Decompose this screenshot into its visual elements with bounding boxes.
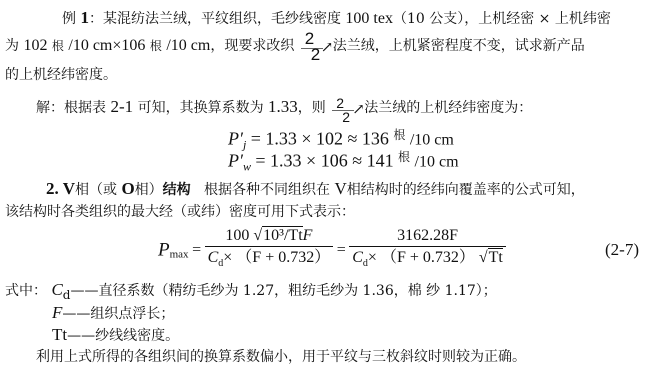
warp-density: 102	[23, 37, 47, 54]
sqrt-content: 10³/Tt	[262, 226, 302, 244]
equation-number: (2-7)	[605, 241, 639, 259]
section-body2: 相结构时的经纬向覆盖率的公式可知，	[347, 182, 585, 198]
density-alt: （10 公支）	[393, 11, 464, 27]
equals-sign: =	[192, 242, 201, 259]
eq-unit: 根	[393, 128, 405, 142]
weave-bottom: 2	[311, 46, 320, 64]
legend-line-3: Tt——纱线线密度。	[52, 326, 179, 345]
legend-desc: 直径系数（精纺毛纱为 1.27，粗纺毛纱为 1.36，棉 纱 1.17）；	[98, 283, 496, 299]
density-value: 100 tex	[345, 10, 393, 27]
table-ref: 2-1	[110, 97, 133, 116]
weave-bottom: 2	[342, 108, 350, 126]
denominator-1: Cd× （F + 0.732）	[205, 247, 334, 275]
solution-prefix: 解：根据表	[36, 100, 106, 116]
coefficient: 1.33	[268, 97, 298, 116]
sqrt-tt: Tt	[488, 248, 503, 266]
equals-sign: =	[337, 242, 346, 259]
section-heading-line: 2. V相（或 O相）结构 根据各种不同组织在 V相结构时的经纬向覆盖率的公式可…	[46, 180, 585, 199]
fraction-1: 100 √10³/TtF Cd× （F + 0.732）	[205, 226, 334, 275]
den-C: C	[208, 249, 219, 266]
formula-lhs-sub: max	[170, 249, 189, 261]
eq-unit: 根	[398, 150, 410, 164]
example-label: 例	[62, 11, 76, 27]
example-line-1: 例 1：某混纺法兰绒，平纹组织，毛纱线密度 100 tex（10 公支），上机经…	[62, 9, 611, 28]
den-rest: × （F + 0.732）	[223, 249, 330, 266]
line3-text: 的上机经纬密度。	[5, 67, 117, 83]
legend-prefix: 式中：	[5, 283, 47, 299]
line2-tail: 法兰绒，上机紧密程度不变，试求新产品	[333, 38, 585, 54]
arrow-icon: ↗	[321, 38, 334, 56]
symbol-tt: Tt	[52, 325, 67, 344]
eq-lhs: P′	[228, 151, 243, 171]
section-number: 2. V	[46, 179, 75, 198]
solution-line: 解：根据表 2-1 可知，其换算系数为 1.33，则 2 2 ↗ 法兰绒的上机经…	[36, 98, 532, 118]
dash: ——	[70, 283, 98, 299]
unit: 根	[150, 39, 162, 53]
line2-prefix: 为	[5, 38, 19, 54]
numerator-1: 100 √10³/TtF	[205, 226, 334, 247]
num-100: 100	[225, 227, 249, 244]
section-o: O	[121, 179, 134, 198]
dash: ——	[62, 306, 90, 322]
arrow-icon: ↗	[352, 100, 365, 118]
legend-desc: 组织点浮长；	[90, 306, 174, 322]
formula-2-7: Pmax = 100 √10³/TtF Cd× （F + 0.732） = 31…	[158, 226, 506, 275]
fraction-2: 3162.28F Cd× （F + 0.732） √Tt	[349, 226, 506, 275]
legend-desc: 纱线线密度。	[95, 328, 179, 344]
eq-per: /10 cm	[415, 154, 459, 171]
weave-fraction: 2 2 ↗	[330, 98, 364, 118]
dash: ——	[67, 328, 95, 344]
eq-rhs: = 1.33 × 102 ≈ 136	[251, 129, 389, 149]
example-line-2: 为 102 根 /10 cm×106 根 /10 cm，现要求改织 2 2 ↗ …	[5, 36, 585, 56]
num-F: F	[303, 227, 313, 244]
symbol-f: F	[52, 303, 62, 322]
num-3162: 3162.28F	[397, 227, 458, 244]
formula-lhs: P	[158, 240, 170, 261]
equation-weft: P′w = 1.33 × 106 ≈ 141 根 /10 cm	[228, 148, 459, 175]
section-text: 相）	[135, 182, 163, 198]
weft-density: 106	[121, 37, 145, 54]
denominator-2: Cd× （F + 0.732） √Tt	[349, 247, 506, 275]
solution-tail: 法兰绒的上机经纬密度为：	[364, 100, 532, 116]
example-tail: ，上机经密 × 上机纬密	[464, 11, 611, 27]
section-title: 结构	[163, 182, 191, 198]
den-rest: × （F + 0.732）	[368, 249, 475, 266]
section-body: 根据各种不同组织在	[204, 182, 330, 198]
section-v: V	[334, 179, 346, 198]
eq-per: /10 cm	[410, 132, 454, 149]
legend-line-2: F——组织点浮长；	[52, 304, 174, 323]
section-line2-text: 该结构时各类组织的最大经（或纬）密度可用下式表示：	[5, 204, 355, 220]
eq-rhs: = 1.33 × 106 ≈ 141	[255, 151, 393, 171]
section-line-2: 该结构时各类组织的最大经（或纬）密度可用下式表示：	[5, 203, 355, 221]
weave-fraction: 2 2 ↗	[299, 36, 333, 56]
example-line-3: 的上机经纬密度。	[5, 66, 117, 84]
solution-then: ，则	[298, 100, 326, 116]
unit: 根	[52, 39, 64, 53]
legend-line-1: 式中： Cd——直径系数（精纺毛纱为 1.27，粗纺毛纱为 1.36，棉 纱 1…	[5, 281, 497, 304]
per-unit: /10 cm	[166, 37, 210, 54]
example-number: 1	[80, 8, 89, 27]
den-C: C	[352, 249, 363, 266]
numerator-2: 3162.28F	[349, 226, 506, 247]
conclusion: 利用上式所得的各组织间的换算系数偏小，用于平纹与三枚斜纹时则较为正确。	[36, 348, 526, 366]
eq-lhs: P′	[228, 129, 243, 149]
example-text: ：某混纺法兰绒，平纹组织，毛纱线密度	[89, 11, 341, 27]
solution-mid: 可知，其换算系数为	[138, 100, 264, 116]
section-text: 相（或	[75, 182, 117, 198]
symbol-cd: C	[51, 280, 62, 299]
line2-mid: ，现要求改织	[210, 38, 294, 54]
eq-sub: w	[243, 159, 251, 173]
per-unit: /10 cm	[68, 37, 112, 54]
